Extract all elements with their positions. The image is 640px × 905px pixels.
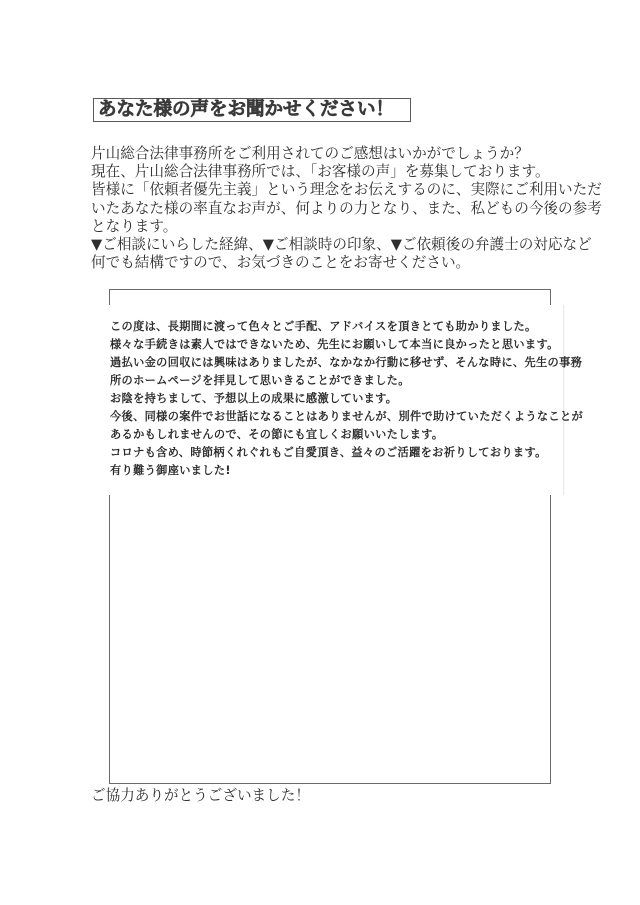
response-line: 過払い金の回収には興味はありましたが、なかなか行動に移せず、そんな時に、先生の事… [110, 354, 560, 372]
intro-line: 片山総合法律事務所をご利用されてのご感想はいかがでしょうか？ [91, 145, 571, 163]
response-line: この度は、長期間に渡って色々とご手配、アドバイスを頂きとても助かりました。 [110, 318, 560, 336]
page-title-box: あなた様の声をお聞かせください！ [93, 98, 411, 122]
intro-line: 何でも結構ですので、お気づきのことをお寄せください。 [91, 254, 571, 272]
response-line: 所のホームページを拝見して思いきることができました。 [110, 372, 560, 390]
response-line: あるかもしれませんので、その節にも宜しくお願いいたします。 [110, 426, 560, 444]
response-line: 今後、同様の案件でお世話になることはありませんが、別件で助けていただくようなこと… [110, 408, 560, 426]
response-line: コロナも含め、時節柄くれぐれもご自愛頂き、益々のご活躍をお祈りしております。 [110, 444, 560, 462]
intro-line: 皆様に「依頼者優先主義」という理念をお伝えするのに、実際にご利用いただ [91, 181, 571, 199]
response-line: お陰を持ちまして、予想以上の成果に感激しています。 [110, 390, 560, 408]
response-line: 有り難う御座いました! [110, 462, 560, 480]
intro-line: 現在、片山総合法律事務所では、「お客様の声」を募集しております。 [91, 163, 571, 181]
intro-line: ▼ご相談にいらした経緯、▼ご相談時の印象、▼ご依頼後の弁護士の対応など [91, 236, 571, 254]
intro-line: いたあなた様の率直なお声が、何よりの力となり、また、私どもの今後の参考 [91, 200, 571, 218]
intro-paragraph: 片山総合法律事務所をご利用されてのご感想はいかがでしょうか？ 現在、片山総合法律… [91, 145, 571, 272]
page-title: あなた様の声をお聞かせください！ [98, 101, 394, 120]
closing-thanks: ご協力ありがとうございました！ [91, 787, 310, 805]
intro-line: となります。 [91, 218, 571, 236]
response-line: 様々な手続きは素人ではできないため、先生にお願いして本当に良かったと思います。 [110, 336, 560, 354]
customer-response: この度は、長期間に渡って色々とご手配、アドバイスを頂きとても助かりました。 様々… [110, 318, 560, 480]
